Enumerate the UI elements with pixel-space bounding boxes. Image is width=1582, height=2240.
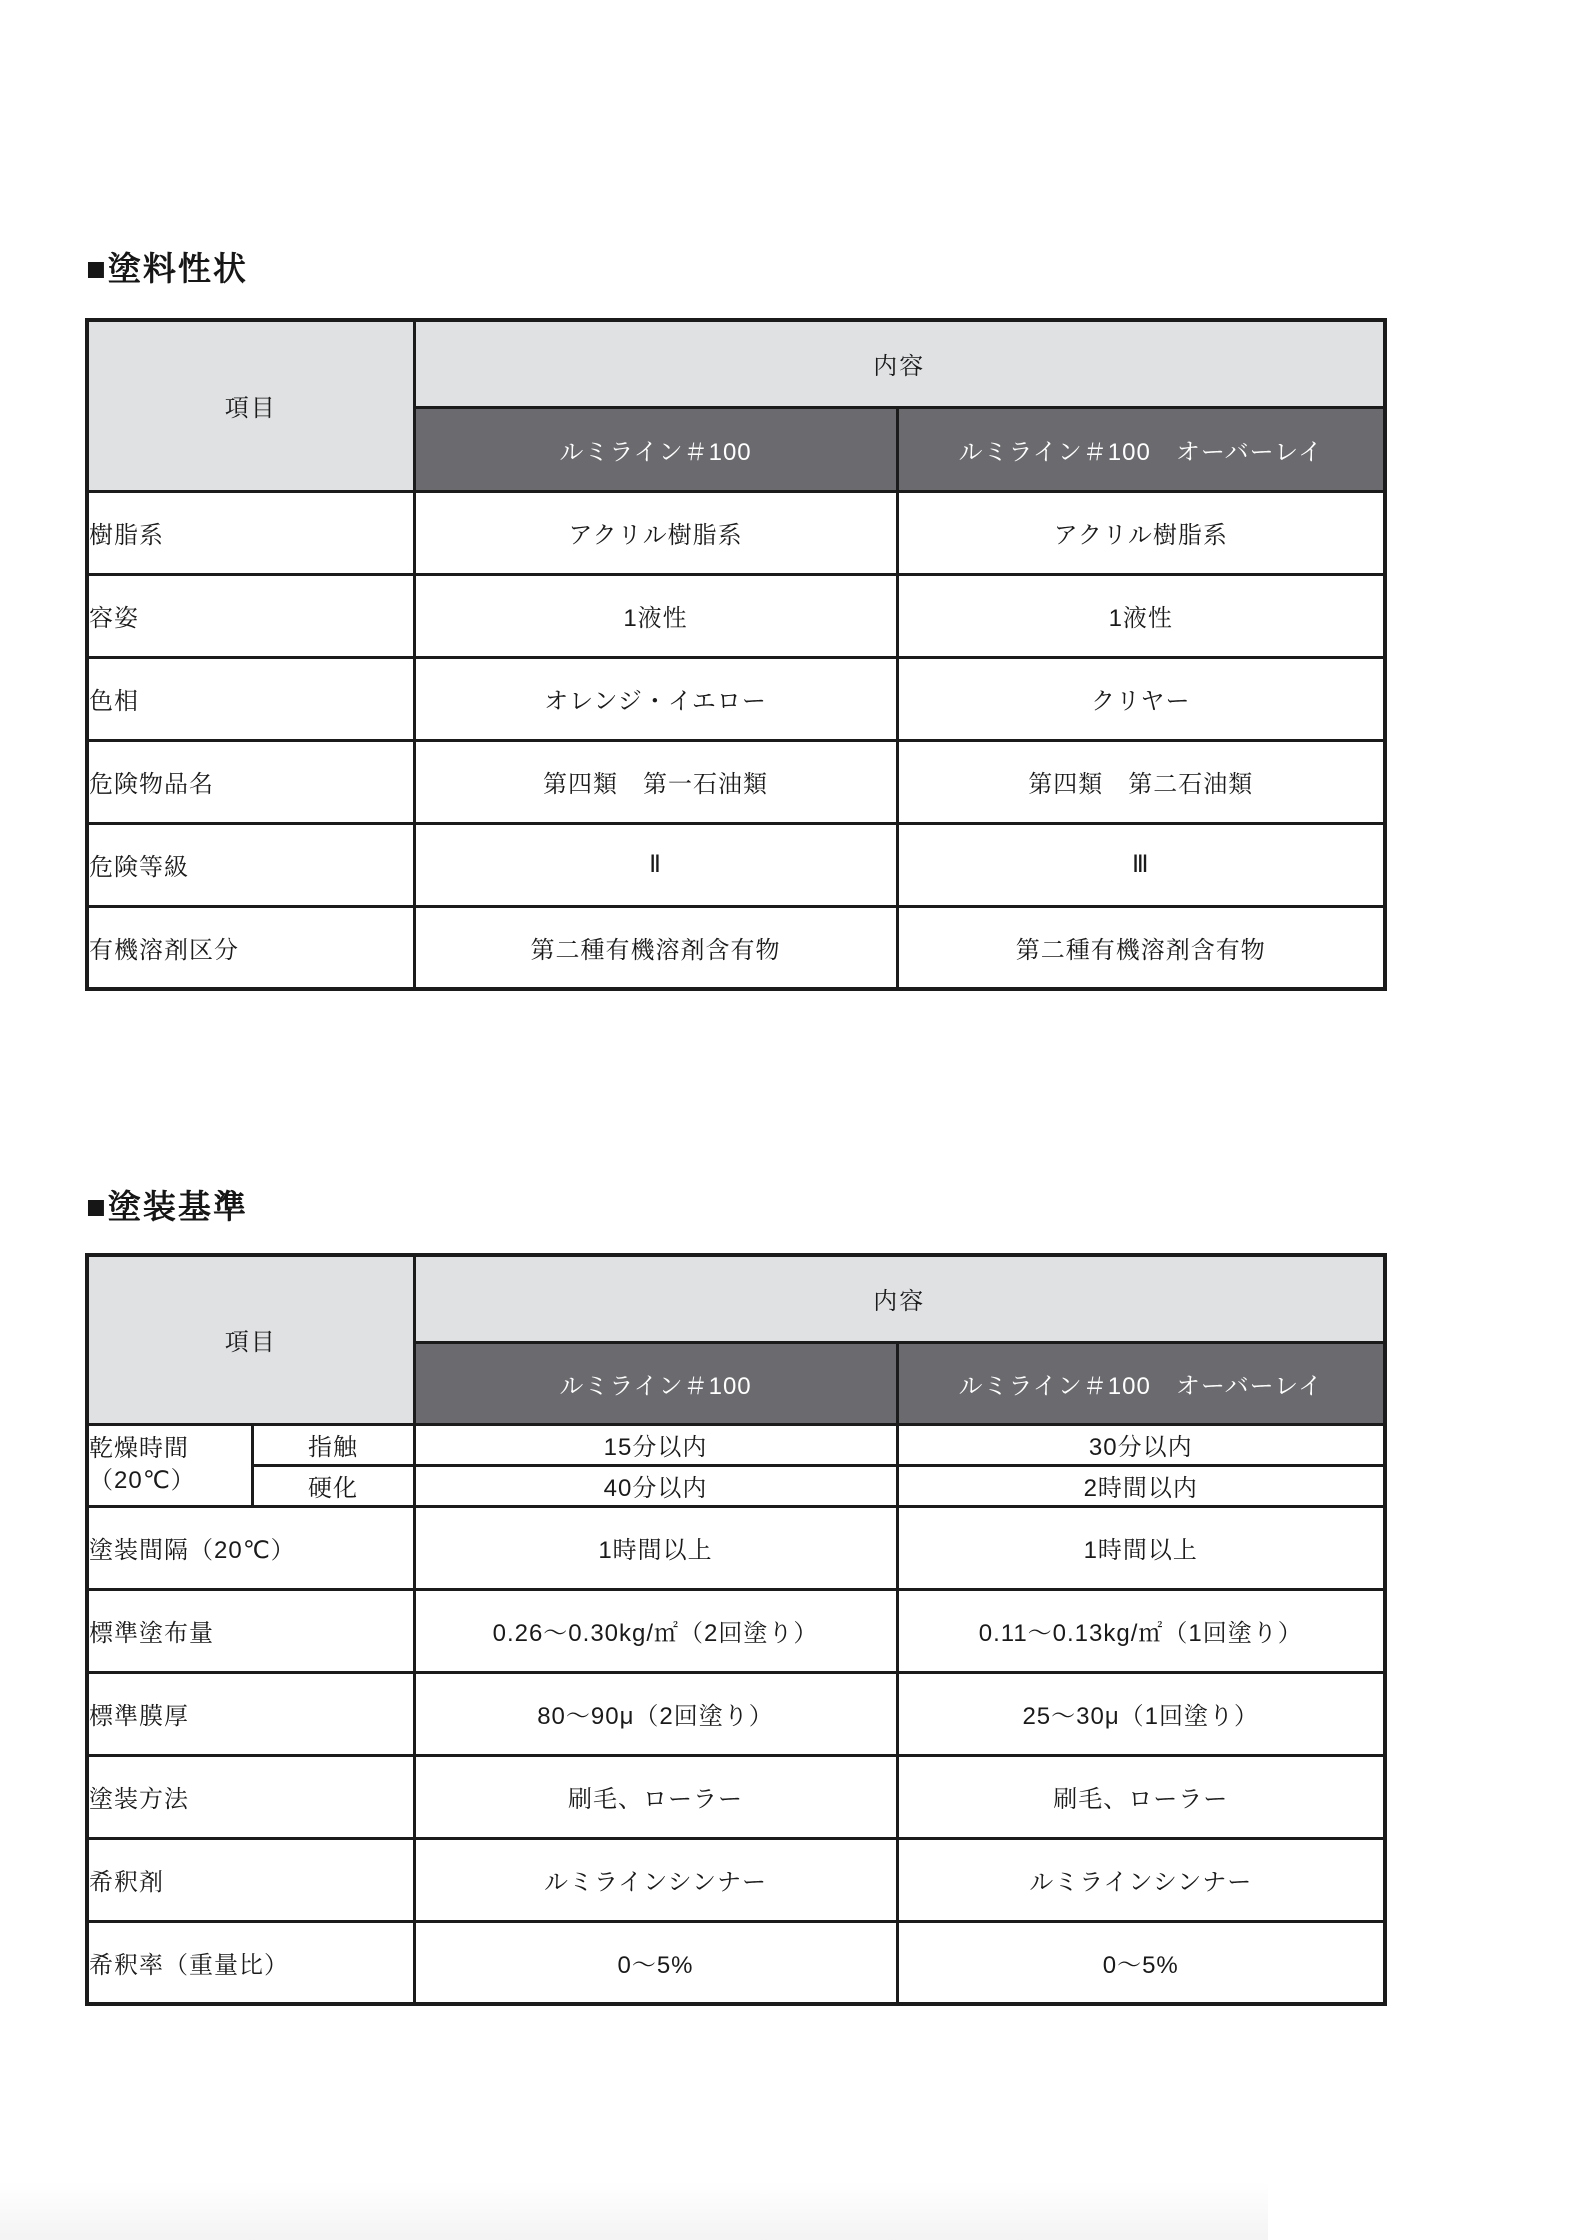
row-label: 塗装方法 <box>87 1755 414 1838</box>
row-value-lumiline100: 80～90μ（2回塗り） <box>414 1672 897 1755</box>
table-row: 希釈率（重量比） 0～5% 0～5% <box>87 1921 1385 2004</box>
drying-time-label-line2: （20℃） <box>89 1465 251 1497</box>
table-row-drying-touch: 乾燥時間 （20℃） 指触 15分以内 30分以内 <box>87 1424 1385 1465</box>
row-value-lumiline100: 1時間以上 <box>414 1506 897 1589</box>
row-value-lumiline100: 第二種有機溶剤含有物 <box>414 906 897 989</box>
row-value-overlay: 0～5% <box>897 1921 1385 2004</box>
row-label: 有機溶剤区分 <box>87 906 414 989</box>
section-heading-paint-properties: ■塗料性状 <box>86 243 248 290</box>
drying-time-label-line1: 乾燥時間 <box>89 1433 251 1465</box>
table2-header-content: 内容 <box>414 1255 1385 1342</box>
row-value-overlay: 30分以内 <box>897 1424 1385 1465</box>
table-row: 塗装間隔（20℃） 1時間以上 1時間以上 <box>87 1506 1385 1589</box>
row-value-overlay: 2時間以内 <box>897 1465 1385 1506</box>
row-value-lumiline100: 15分以内 <box>414 1424 897 1465</box>
table-row: 危険物品名 第四類 第一石油類 第四類 第二石油類 <box>87 740 1385 823</box>
row-value-lumiline100: 40分以内 <box>414 1465 897 1506</box>
row-value-overlay: Ⅲ <box>897 823 1385 906</box>
row-value-lumiline100: Ⅱ <box>414 823 897 906</box>
paint-properties-table: 項目 内容 ルミライン＃100 ルミライン＃100 オーバーレイ 樹脂系 アクリ… <box>85 318 1387 991</box>
row-label: 希釈剤 <box>87 1838 414 1921</box>
table2-header-item: 項目 <box>87 1255 414 1424</box>
row-value-lumiline100: 第四類 第一石油類 <box>414 740 897 823</box>
row-label: 危険等級 <box>87 823 414 906</box>
sub-row-label: 指触 <box>252 1424 414 1465</box>
row-value-overlay: アクリル樹脂系 <box>897 491 1385 574</box>
row-value-lumiline100: 刷毛、ローラー <box>414 1755 897 1838</box>
row-label: 樹脂系 <box>87 491 414 574</box>
row-value-overlay: ルミラインシンナー <box>897 1838 1385 1921</box>
row-value-overlay: 第二種有機溶剤含有物 <box>897 906 1385 989</box>
table-row: 希釈剤 ルミラインシンナー ルミラインシンナー <box>87 1838 1385 1921</box>
row-value-overlay: クリヤー <box>897 657 1385 740</box>
row-label: 塗装間隔（20℃） <box>87 1506 414 1589</box>
table-row: 樹脂系 アクリル樹脂系 アクリル樹脂系 <box>87 491 1385 574</box>
row-value-lumiline100: 1液性 <box>414 574 897 657</box>
row-value-overlay: 0.11～0.13kg/㎡（1回塗り） <box>897 1589 1385 1672</box>
drying-time-label: 乾燥時間 （20℃） <box>87 1424 252 1506</box>
table-row-drying-cure: 硬化 40分以内 2時間以内 <box>87 1465 1385 1506</box>
row-label: 危険物品名 <box>87 740 414 823</box>
row-value-lumiline100: 0～5% <box>414 1921 897 2004</box>
row-value-overlay: 25～30μ（1回塗り） <box>897 1672 1385 1755</box>
sub-row-label: 硬化 <box>252 1465 414 1506</box>
section-heading-painting-standards: ■塗装基準 <box>86 1181 248 1228</box>
table-row: 標準塗布量 0.26～0.30kg/㎡（2回塗り） 0.11～0.13kg/㎡（… <box>87 1589 1385 1672</box>
table1-header-content: 内容 <box>414 320 1385 407</box>
table-row: 塗装方法 刷毛、ローラー 刷毛、ローラー <box>87 1755 1385 1838</box>
row-label: 色相 <box>87 657 414 740</box>
table2-column-header-lumiline100-overlay: ルミライン＃100 オーバーレイ <box>897 1342 1385 1424</box>
table-row: 色相 オレンジ・イエロー クリヤー <box>87 657 1385 740</box>
row-label: 希釈率（重量比） <box>87 1921 414 2004</box>
table-row: 危険等級 Ⅱ Ⅲ <box>87 823 1385 906</box>
table2-column-header-lumiline100: ルミライン＃100 <box>414 1342 897 1424</box>
row-value-overlay: 1時間以上 <box>897 1506 1385 1589</box>
row-label: 標準膜厚 <box>87 1672 414 1755</box>
table1-column-header-lumiline100-overlay: ルミライン＃100 オーバーレイ <box>897 407 1385 491</box>
row-value-lumiline100: オレンジ・イエロー <box>414 657 897 740</box>
table-row: 有機溶剤区分 第二種有機溶剤含有物 第二種有機溶剤含有物 <box>87 906 1385 989</box>
table1-header-item: 項目 <box>87 320 414 491</box>
table1-column-header-lumiline100: ルミライン＃100 <box>414 407 897 491</box>
row-value-lumiline100: アクリル樹脂系 <box>414 491 897 574</box>
document-page: ■塗料性状 項目 内容 ルミライン＃100 ルミライン＃100 オーバーレイ 樹… <box>0 0 1582 2240</box>
row-value-overlay: 刷毛、ローラー <box>897 1755 1385 1838</box>
row-label: 標準塗布量 <box>87 1589 414 1672</box>
row-value-overlay: 第四類 第二石油類 <box>897 740 1385 823</box>
row-value-lumiline100: 0.26～0.30kg/㎡（2回塗り） <box>414 1589 897 1672</box>
row-label: 容姿 <box>87 574 414 657</box>
row-value-overlay: 1液性 <box>897 574 1385 657</box>
page-edge-shadow <box>0 2182 1268 2240</box>
table-row: 標準膜厚 80～90μ（2回塗り） 25～30μ（1回塗り） <box>87 1672 1385 1755</box>
table-row: 容姿 1液性 1液性 <box>87 574 1385 657</box>
painting-standards-table: 項目 内容 ルミライン＃100 ルミライン＃100 オーバーレイ 乾燥時間 （2… <box>85 1253 1387 2006</box>
row-value-lumiline100: ルミラインシンナー <box>414 1838 897 1921</box>
